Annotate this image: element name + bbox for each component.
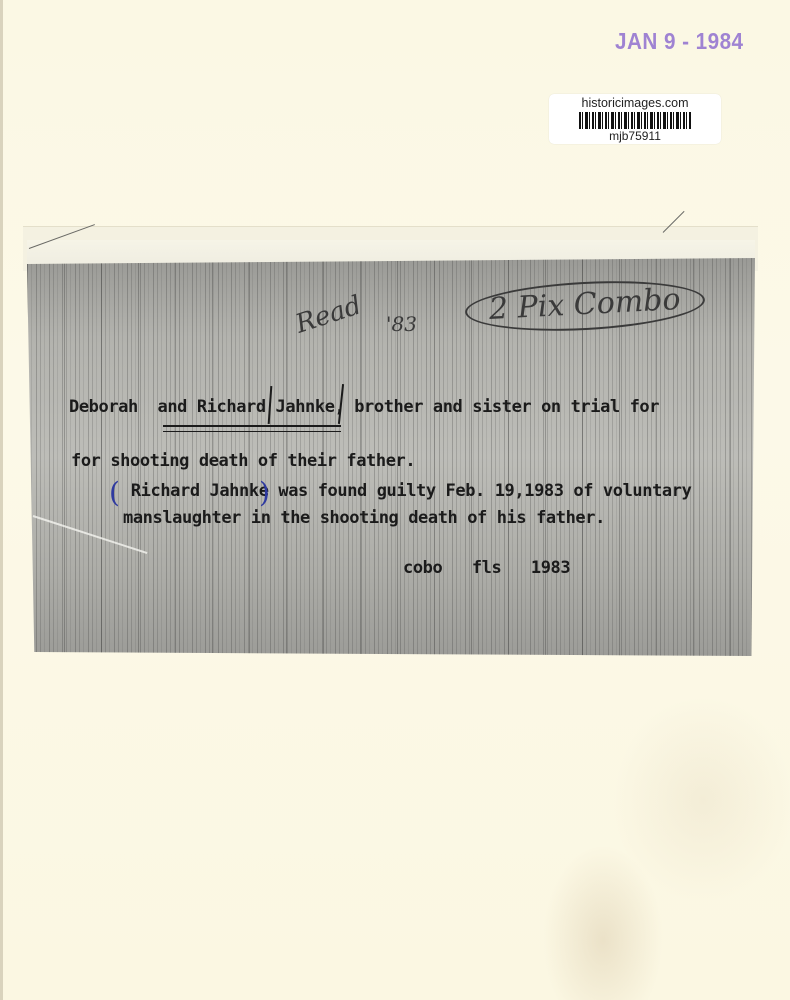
archive-label: historicimages.com mjb75911 [549,94,721,144]
caption-line-4: manslaughter in the shooting death of hi… [123,508,605,528]
pen-paren-open: ( [109,476,120,509]
photo-credit: cobo fls 1983 [403,558,570,578]
photo-back-page: JAN 9 - 1984 historicimages.com mjb75911… [0,0,790,1000]
handwritten-year: '83 [386,312,417,336]
date-stamp: JAN 9 - 1984 [615,28,744,55]
label-id: mjb75911 [549,130,721,143]
label-site: historicimages.com [549,96,721,110]
caption-line-2: for shooting death of their father. [71,451,415,471]
caption-line-1: Deborah and Richard Jahnke, brother and … [69,397,659,417]
name-underline [163,425,341,432]
pen-paren-close: ) [259,476,270,509]
barcode-icon [579,112,691,129]
caption-line-3: Richard Jahnke was found guilty Feb. 19,… [121,481,691,501]
